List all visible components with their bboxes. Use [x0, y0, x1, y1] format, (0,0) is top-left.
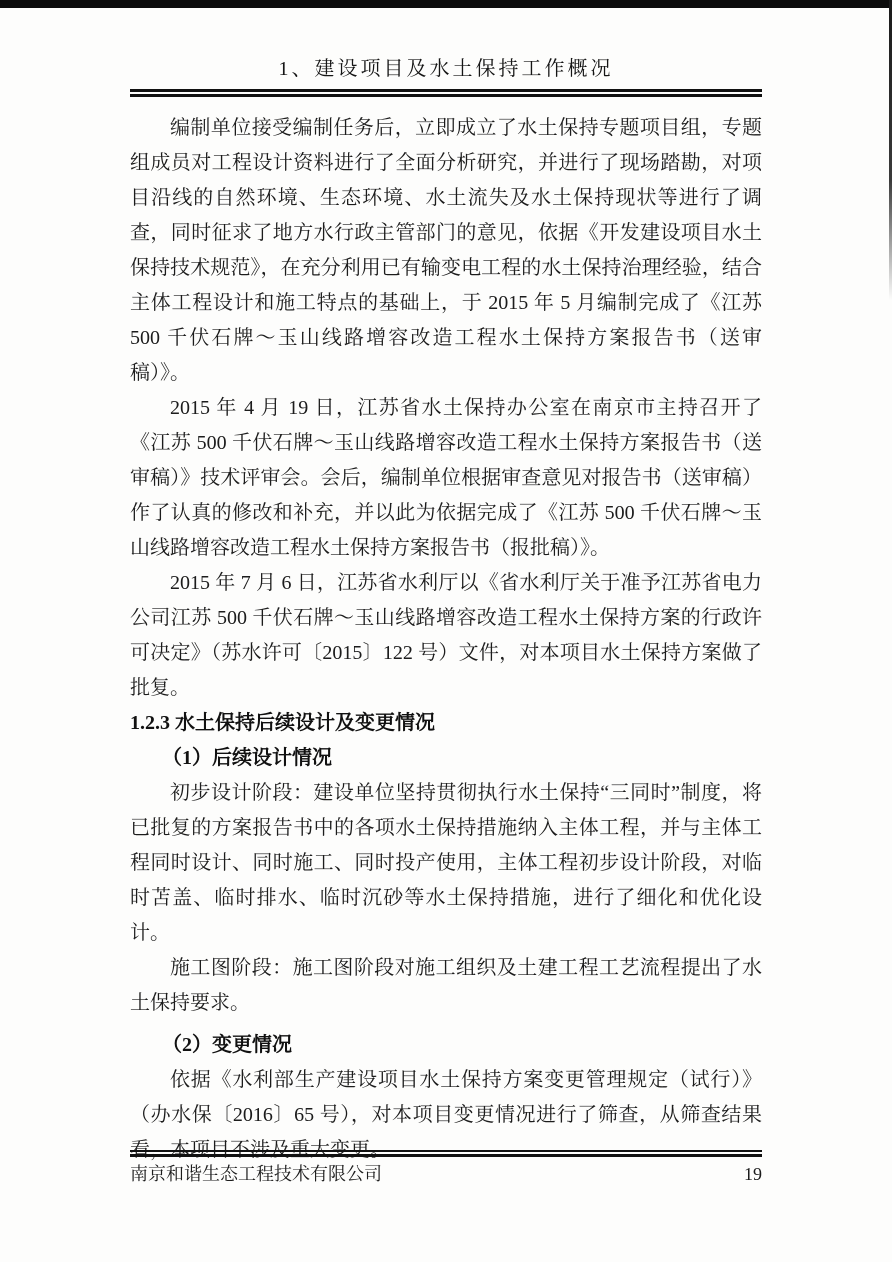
page-content: 1、建设项目及水土保持工作概况 编制单位接受编制任务后，立即成立了水土保持专题项… [130, 0, 762, 1168]
page-number: 19 [744, 1162, 762, 1186]
page-footer: 南京和谐生态工程技术有限公司 19 [130, 1150, 762, 1186]
paragraph: 2015 年 4 月 19 日，江苏省水土保持办公室在南京市主持召开了《江苏 5… [130, 391, 762, 566]
footer-row: 南京和谐生态工程技术有限公司 19 [130, 1162, 762, 1186]
paragraph: 编制单位接受编制任务后，立即成立了水土保持专题项目组，专题组成员对工程设计资料进… [130, 111, 762, 391]
paragraph: 施工图阶段：施工图阶段对施工组织及土建工程工艺流程提出了水土保持要求。 [130, 951, 762, 1021]
header-rule [130, 89, 762, 97]
company-name: 南京和谐生态工程技术有限公司 [130, 1162, 382, 1186]
paragraph: 2015 年 7 月 6 日，江苏省水利厅以《省水利厅关于准予江苏省电力公司江苏… [130, 566, 762, 706]
subsection-heading: （1）后续设计情况 [130, 741, 762, 776]
paragraph: 初步设计阶段：建设单位坚持贯彻执行水土保持“三同时”制度，将已批复的方案报告书中… [130, 776, 762, 951]
document-page: 1、建设项目及水土保持工作概况 编制单位接受编制任务后，立即成立了水土保持专题项… [0, 0, 892, 1262]
subsection-heading: （2）变更情况 [130, 1028, 762, 1063]
body-text: 编制单位接受编制任务后，立即成立了水土保持专题项目组，专题组成员对工程设计资料进… [130, 111, 762, 1168]
chapter-title: 1、建设项目及水土保持工作概况 [130, 56, 762, 82]
footer-rule [130, 1150, 762, 1157]
section-heading: 1.2.3 水土保持后续设计及变更情况 [130, 706, 762, 741]
